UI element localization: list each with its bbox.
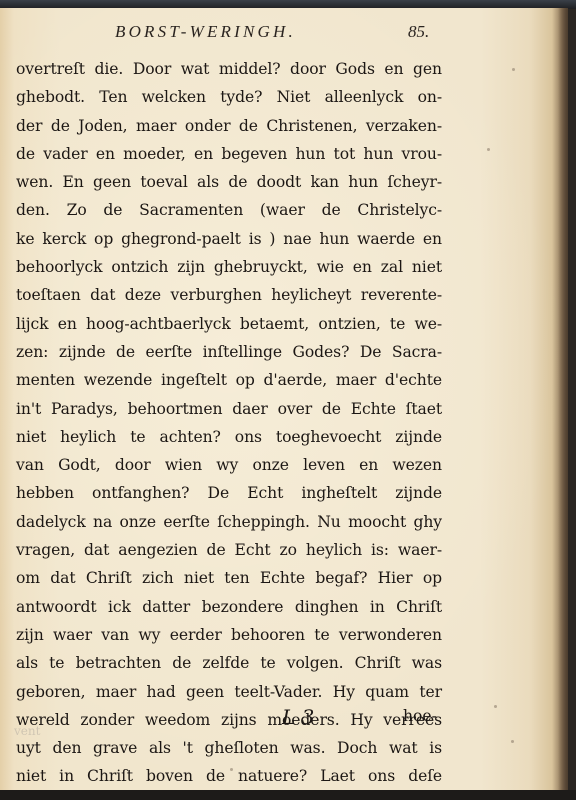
- text-line: ghebodt. Ten welcken tyde? Niet alleenly…: [16, 83, 442, 111]
- text-line: overtreſt die. Door wat middel? door God…: [16, 55, 442, 83]
- text-line: van Godt, door wien wy onze leven en wez…: [16, 451, 442, 479]
- bleed-through-text: vent: [14, 724, 40, 738]
- scan-bottom-edge: [0, 790, 576, 800]
- text-line: vragen, dat aengezien de Echt zo heylich…: [16, 536, 442, 564]
- text-line: geboren, maer had geen teelt-Vader. Hy q…: [16, 678, 442, 706]
- text-line: toeſtaen dat deze verburghen heylicheyt …: [16, 281, 442, 309]
- text-line: hebben ontfanghen? De Echt ingheſtelt zi…: [16, 479, 442, 507]
- text-line: wen. En geen toeval als de doodt kan hun…: [16, 168, 442, 196]
- text-line: antwoordt ick datter bezondere dinghen i…: [16, 593, 442, 621]
- paper-speck: [230, 768, 233, 771]
- text-line: den. Zo de Sacramenten (waer de Christel…: [16, 196, 442, 224]
- text-line: dadelyck na onze eerſte ſcheppingh. Nu m…: [16, 508, 442, 536]
- page-footer: L 3 hoe-: [0, 705, 460, 735]
- text-line: niet heylich te achten? ons toeghevoecht…: [16, 423, 442, 451]
- text-line: als te betrachten de zelfde te volgen. C…: [16, 649, 442, 677]
- text-line: menten wezende ingeſtelt op d'aerde, mae…: [16, 366, 442, 394]
- paper-speck: [487, 148, 490, 151]
- text-line: de vader en moeder, en begeven hun tot h…: [16, 140, 442, 168]
- text-line: niet in Chriſt boven de natuere? Laet on…: [16, 762, 442, 790]
- running-title: BORST-WERINGH.: [115, 22, 296, 42]
- text-line: lijck en hoog-achtbaerlyck betaemt, ontz…: [16, 310, 442, 338]
- page-number: 85.: [408, 22, 429, 42]
- running-head: BORST-WERINGH. 85.: [0, 22, 440, 46]
- paper-speck: [511, 740, 514, 743]
- paper-speck: [494, 705, 497, 708]
- text-line: zen: zijnde de eerſte inſtellinge Godes?…: [16, 338, 442, 366]
- book-page: BORST-WERINGH. 85. overtreſt die. Door w…: [0, 8, 568, 790]
- catchword: hoe-: [403, 707, 437, 725]
- text-line: uyt den grave als 't gheſloten was. Doch…: [16, 734, 442, 762]
- text-line: om dat Chriſt zich niet ten Echte begaf?…: [16, 564, 442, 592]
- paper-speck: [512, 68, 515, 71]
- body-text: overtreſt die. Door wat middel? door God…: [16, 55, 442, 791]
- text-line: in't Paradys, behoortmen daer over de Ec…: [16, 395, 442, 423]
- text-line: ke kerck op ghegrond-paelt is ) nae hun …: [16, 225, 442, 253]
- signature-mark: L 3: [282, 705, 314, 729]
- book-scan: BORST-WERINGH. 85. overtreſt die. Door w…: [0, 0, 576, 800]
- text-line: behoorlyck ontzich zijn ghebruyckt, wie …: [16, 253, 442, 281]
- text-line: zijn waer van wy eerder behooren te verw…: [16, 621, 442, 649]
- text-line: der de Joden, maer onder de Christenen, …: [16, 112, 442, 140]
